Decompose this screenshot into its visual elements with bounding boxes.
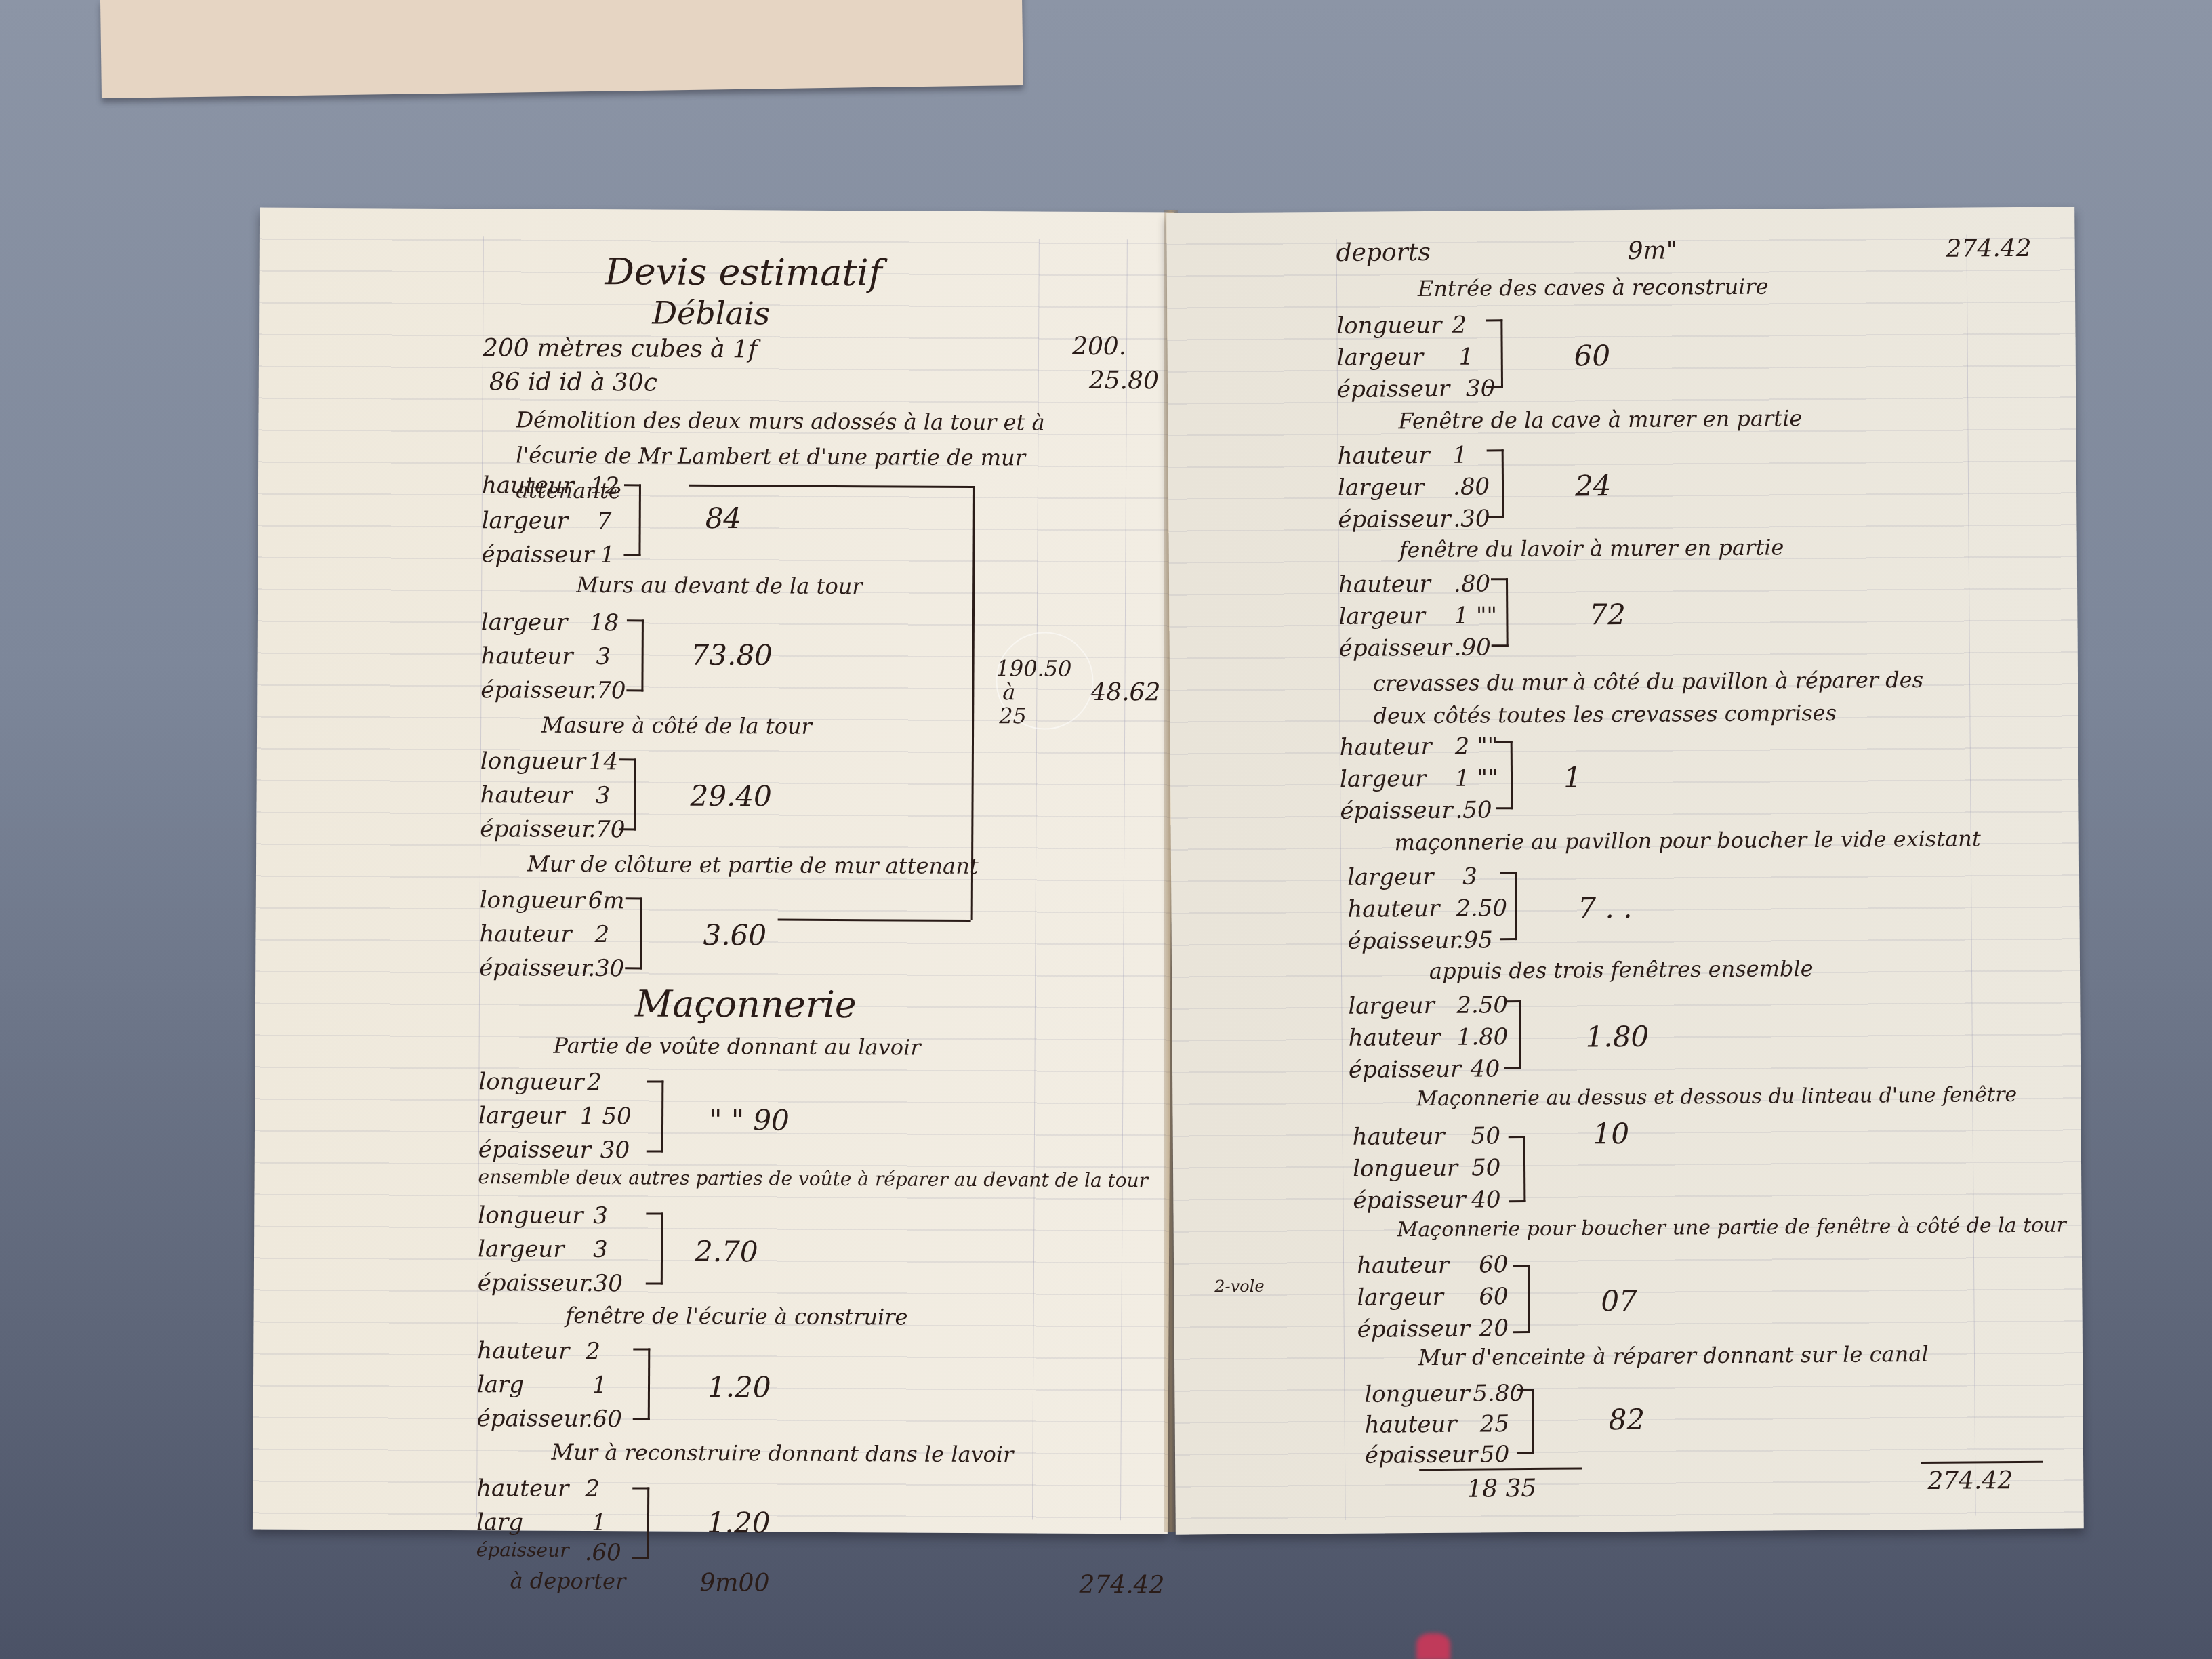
section-heading: Maçonnerie au dessus et dessous du linte… (1416, 1083, 2017, 1111)
dim-label: largeur (482, 507, 569, 535)
dim-label: épaisseur (481, 541, 594, 569)
left-page: Devis estimatif Déblais 200 mètres cubes… (253, 207, 1174, 1534)
subtotal-amount: 48.62 (1090, 678, 1160, 707)
dim-label: larg (477, 1371, 524, 1398)
dim-label: hauteur (482, 472, 574, 499)
dim-value: 3 (593, 1236, 608, 1263)
dim-label: hauteur (1365, 1411, 1457, 1439)
dim-result: 1 (1563, 760, 1582, 794)
dim-result: 84 (705, 501, 742, 535)
section-heading: Mur d'enceinte à réparer donnant sur le … (1418, 1341, 1929, 1370)
bracket (625, 897, 642, 969)
dim-label: hauteur (1347, 895, 1439, 923)
carried-volume: 9m" (1627, 237, 1677, 265)
section-heading: crevasses du mur à côté du pavillon à ré… (1373, 663, 1929, 733)
section-heading: ensemble deux autres parties de voûte à … (478, 1166, 1149, 1191)
bracket (626, 619, 644, 691)
section-heading: appuis des trois fenêtres ensemble (1429, 956, 1814, 984)
section-heading: Mur à reconstruire donnant dans le lavoi… (551, 1439, 1013, 1468)
right-page: deports 9m" 274.42 Entrée des caves à re… (1166, 207, 2084, 1534)
section-heading: Mur de clôture et partie de mur attenant (527, 851, 979, 879)
bracket (633, 1348, 651, 1420)
dim-label: épaisseur (479, 954, 592, 982)
measurement-block: hauteur 12 largeur 7 épaisseur 1 84 (260, 207, 1174, 212)
bracket (1486, 319, 1503, 388)
dim-value: 1.80 (1457, 1023, 1509, 1051)
dim-value: 25 (1480, 1410, 1510, 1437)
dim-label: hauteur (481, 642, 573, 670)
dim-result: 82 (1608, 1403, 1645, 1436)
dim-result: 73.80 (691, 638, 773, 672)
dim-label: épaisseur (1349, 1056, 1461, 1084)
dim-value: 1 (592, 1509, 607, 1536)
open-document: Devis estimatif Déblais 200 mètres cubes… (256, 210, 2086, 1532)
measurement-block: hauteur 2 larg 1 épaisseur .60 1.20 (260, 207, 1174, 212)
section-heading: Entrée des caves à reconstruire (1418, 274, 1769, 302)
red-object (1416, 1633, 1450, 1659)
measurement-block: hauteur 1 largeur .80 épaisseur .30 24 (1166, 207, 2074, 213)
carry-forward-volume: 9m00 (699, 1569, 769, 1597)
dim-label: hauteur (479, 920, 571, 948)
bracket (647, 1080, 664, 1152)
dim-value: .80 (1454, 570, 1490, 597)
total-amount: 274.42 (1927, 1467, 2013, 1495)
bracket (1487, 449, 1504, 518)
measurement-block: hauteur .80 largeur 1 "" épaisseur .90 7… (1166, 207, 2074, 213)
bracket (623, 484, 641, 556)
dim-label: longueur (478, 1068, 583, 1096)
dim-value: 6m (588, 887, 625, 914)
section-heading: maçonnerie au pavillon pour boucher le v… (1395, 825, 1981, 855)
dim-label: hauteur (1338, 442, 1430, 470)
carried-label: deports (1336, 239, 1431, 267)
group-bracket-bottom (778, 918, 971, 921)
bracket (646, 1212, 663, 1284)
dim-label: longueur (480, 886, 585, 914)
carry-forward-amount: 274.42 (1079, 1571, 1164, 1599)
measurement-block: longueur 6m hauteur 2 épaisseur .30 3.60 (260, 207, 1174, 212)
dim-value: 30 (600, 1136, 630, 1164)
measurement-block: largeur 2.50 hauteur 1.80 épaisseur 40 1… (1166, 207, 2074, 213)
measurement-block: hauteur 2 larg 1 épaisseur .60 1.20 (260, 207, 1174, 212)
dim-label: hauteur (477, 1337, 569, 1365)
dim-result: 29.40 (690, 779, 772, 813)
dim-label: largeur (478, 1235, 565, 1263)
document-title: Devis estimatif (605, 250, 882, 294)
dim-value: .50 (1455, 796, 1492, 823)
bracket (1513, 1265, 1530, 1333)
dim-label: longueur (1336, 312, 1441, 340)
dim-value: .60 (585, 1539, 621, 1566)
dim-result: 07 (1601, 1284, 1637, 1317)
dim-value: 12 (590, 472, 619, 499)
dim-label: longueur (1364, 1380, 1469, 1408)
dim-result: 1.80 (1586, 1020, 1650, 1054)
dim-value: 2 (586, 1338, 600, 1365)
dim-value: .70 (589, 677, 626, 704)
dim-value: .80 (1453, 473, 1490, 500)
dim-label: largeur (478, 1102, 565, 1130)
dim-result: 3.60 (703, 918, 766, 951)
bracket (1509, 1136, 1526, 1202)
dim-label: épaisseur (480, 815, 592, 843)
measurement-block: hauteur 2 "" largeur 1 "" épaisseur .50 … (1166, 207, 2074, 213)
dim-value: 18 (590, 609, 619, 636)
dim-value: .90 (1454, 634, 1491, 661)
embossed-stamp (996, 632, 1094, 730)
dim-value: 1 (592, 1372, 607, 1399)
dim-value: .95 (1456, 926, 1493, 954)
section-heading-maconnerie: Maçonnerie (635, 982, 857, 1026)
dim-label: hauteur (1340, 733, 1432, 761)
dim-value: 40 (1471, 1186, 1501, 1213)
dim-label: largeur (1338, 602, 1425, 630)
dim-label: épaisseur (480, 676, 593, 704)
dim-value: 50 (1471, 1122, 1501, 1149)
bracket (1496, 741, 1513, 809)
dim-label: épaisseur (1337, 375, 1450, 403)
dim-label: largeur (1338, 474, 1425, 501)
dim-label: longueur (478, 1202, 583, 1229)
dim-label: épaisseur (1357, 1315, 1470, 1343)
section-heading: Fenêtre de la cave à murer en partie (1398, 405, 1802, 434)
bracket (1500, 872, 1517, 940)
margin-note: 2-vole (1214, 1277, 1264, 1296)
dim-value: .30 (1453, 505, 1490, 532)
dim-value: 20 (1479, 1315, 1509, 1342)
bracket (1504, 1000, 1521, 1069)
dim-label: épaisseur (1338, 506, 1450, 533)
dim-value: .30 (586, 1270, 623, 1297)
dim-value: 3 (593, 1202, 608, 1229)
dim-result: 24 (1575, 469, 1612, 502)
dim-label: épaisseur (1365, 1441, 1477, 1469)
section-heading: fenêtre du lavoir à murer en partie (1399, 534, 1784, 562)
dim-result: 10 (1593, 1117, 1630, 1150)
dim-value: 2 (1452, 312, 1467, 339)
dim-result: 60 (1574, 339, 1611, 372)
dim-value: 3 (596, 643, 611, 670)
section-heading: Masure à côté de la tour (541, 712, 812, 739)
total-rule (1419, 1467, 1582, 1471)
dim-value: 3 (595, 782, 610, 809)
section-heading-deblais: Déblais (652, 295, 770, 332)
deblais-amount-1: 200. (1072, 333, 1126, 361)
dim-label: largeur (1357, 1284, 1443, 1311)
dim-label: hauteur (1349, 1024, 1441, 1052)
dim-label: hauteur (1353, 1123, 1445, 1151)
dim-value: 50 (1480, 1441, 1510, 1468)
dim-value: 7 (597, 508, 612, 535)
dim-result: 2.70 (695, 1235, 758, 1268)
bracket (632, 1487, 650, 1559)
dim-value: 2 (594, 921, 609, 948)
dim-label: épaisseur (478, 1136, 591, 1164)
dim-value: 60 (1479, 1283, 1509, 1310)
dim-label: hauteur (480, 781, 572, 809)
dim-result: 1.20 (708, 1370, 771, 1404)
carried-amount: 274.42 (1946, 234, 2031, 263)
dim-label: longueur (480, 747, 586, 775)
dim-value: 2 (587, 1069, 602, 1096)
dim-label: largeur (1347, 863, 1434, 891)
total-volume: 18 35 (1467, 1475, 1536, 1503)
dim-value: 1 (1453, 442, 1468, 469)
dim-value: 2.50 (1456, 991, 1508, 1019)
dim-value: 3 (1462, 863, 1477, 890)
bracket (619, 758, 636, 830)
dim-value: 2 "" (1455, 733, 1498, 760)
bracket (1491, 578, 1509, 647)
bracket (1517, 1389, 1534, 1454)
dim-value: 60 (1479, 1251, 1509, 1278)
dim-value: 1 50 (580, 1103, 632, 1130)
dim-label: épaisseur (1339, 634, 1452, 662)
measurement-block: longueur 5.80 hauteur 25 épaisseur 50 82 (1166, 207, 2074, 213)
dim-label: largeur (1340, 765, 1427, 793)
measurement-block: largeur 3 hauteur 2.50 épaisseur .95 7 .… (1166, 207, 2074, 213)
dim-result: 72 (1589, 598, 1626, 631)
dim-value: 1 (1459, 344, 1474, 371)
dim-value: .60 (586, 1406, 622, 1433)
measurement-block: longueur 3 largeur 3 épaisseur .30 2.70 (260, 207, 1174, 212)
carry-forward-label: à deporter (510, 1568, 626, 1594)
dim-label: larg (476, 1509, 523, 1536)
measurement-block: hauteur 60 largeur 60 épaisseur 20 07 (1166, 207, 2074, 213)
dim-label: largeur (481, 609, 568, 636)
deblais-line-2: 86 id id à 30c (489, 368, 657, 396)
dim-label: épaisseur (1348, 927, 1460, 955)
dim-label: largeur (1348, 992, 1435, 1020)
dim-label: hauteur (476, 1475, 569, 1502)
dim-label: épaisseur (476, 1538, 569, 1561)
section-heading: fenêtre de l'écurie à construire (565, 1303, 907, 1330)
dim-label: épaisseur (1353, 1187, 1465, 1214)
dim-result: 7 . . (1578, 891, 1632, 925)
dim-value: 50 (1471, 1154, 1501, 1181)
dim-label: hauteur (1357, 1252, 1449, 1279)
dim-value: 1 (600, 541, 615, 569)
section-heading: Murs au devant de la tour (576, 572, 863, 599)
measurement-block: longueur 2 largeur 1 50 épaisseur 30 " "… (260, 207, 1174, 212)
section-heading: Maçonnerie pour boucher une partie de fe… (1397, 1213, 2066, 1242)
measurement-block: hauteur 50 longueur 50 épaisseur 40 10 (1166, 207, 2074, 213)
measurement-block: longueur 2 largeur 1 épaisseur 30 60 (1166, 207, 2074, 213)
dim-label: largeur (1337, 344, 1424, 371)
dim-result: " " 90 (709, 1103, 790, 1137)
dim-value: 14 (589, 748, 618, 775)
dim-label: hauteur (1338, 571, 1431, 598)
dim-value: .30 (588, 955, 624, 982)
dim-value: 1 "" (1455, 764, 1498, 792)
dim-label: longueur (1353, 1155, 1458, 1183)
background-folder (100, 0, 1023, 98)
section-heading: Partie de voûte donnant au lavoir (554, 1033, 921, 1061)
dim-result: 1.20 (707, 1506, 771, 1539)
dim-label: épaisseur (478, 1269, 590, 1297)
dim-value: 2 (585, 1475, 600, 1502)
dim-label: épaisseur (1340, 797, 1452, 825)
deblais-line-1: 200 mètres cubes à 1f (483, 334, 757, 363)
measurement-block: largeur 18 hauteur 3 épaisseur .70 73.80 (260, 207, 1174, 212)
dim-label: épaisseur (477, 1405, 590, 1433)
total-amount-rule (1921, 1461, 2043, 1464)
dim-value: 40 (1471, 1055, 1500, 1082)
deblais-amount-2: 25.80 (1089, 367, 1159, 395)
measurement-block: longueur 14 hauteur 3 épaisseur .70 29.4… (260, 207, 1174, 212)
